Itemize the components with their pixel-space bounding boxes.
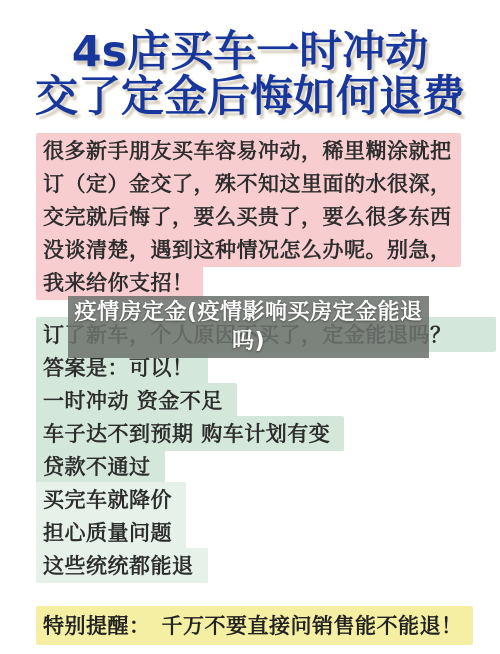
watermark-line-1: 疫情房定金(疫情影响买房定金能退	[68, 298, 429, 327]
poster-page: 4s店买车一时冲动 交了定金后悔如何退费 很多新手朋友买车容易冲动，稀里糊涂就把…	[0, 0, 500, 654]
intro-line-text: 订（定）金交了，殊不知这里面的水很深，	[36, 166, 461, 201]
qa-line: 车子达不到预期 购车计划有变	[36, 416, 490, 449]
qa-line-text: 担心质量问题	[36, 515, 186, 550]
footer-reminder-text: 特别提醒： 千万不要直接问销售能不能退！	[36, 606, 473, 645]
qa-line-text: 贷款不通过	[36, 449, 165, 484]
intro-line-text: 没谈清楚，遇到这种情况怎么办呢。别急，	[36, 232, 461, 267]
intro-line: 很多新手朋友买车容易冲动，稀里糊涂就把	[36, 133, 480, 166]
page-title: 4s店买车一时冲动 交了定金后悔如何退费	[0, 30, 500, 120]
qa-line: 买完车就降价	[36, 482, 490, 515]
qa-line-text: 一时冲动 资金不足	[36, 383, 237, 418]
qa-line: 一时冲动 资金不足	[36, 383, 490, 416]
intro-line: 没谈清楚，遇到这种情况怎么办呢。别急，	[36, 232, 480, 265]
intro-line-text: 很多新手朋友买车容易冲动，稀里糊涂就把	[36, 133, 461, 168]
qa-line-text: 这些统统都能退	[36, 548, 208, 583]
intro-paragraph: 很多新手朋友买车容易冲动，稀里糊涂就把 订（定）金交了，殊不知这里面的水很深， …	[36, 133, 480, 298]
watermark-line-2: 吗)	[68, 327, 429, 356]
qa-line-text: 买完车就降价	[36, 482, 186, 517]
title-line-1: 4s店买车一时冲动	[0, 30, 500, 75]
intro-line-text: 我来给你支招！	[36, 265, 203, 300]
qa-line-text: 车子达不到预期 购车计划有变	[36, 416, 344, 451]
title-line-2: 交了定金后悔如何退费	[0, 75, 500, 120]
footer-reminder: 特别提醒： 千万不要直接问销售能不能退！	[36, 606, 473, 645]
qa-line: 这些统统都能退	[36, 548, 490, 581]
qa-line: 贷款不通过	[36, 449, 490, 482]
intro-line: 订（定）金交了，殊不知这里面的水很深，	[36, 166, 480, 199]
qa-line: 担心质量问题	[36, 515, 490, 548]
intro-line-text: 交完就后悔了，要么买贵了，要么很多东西	[36, 199, 461, 234]
intro-line: 我来给你支招！	[36, 265, 480, 298]
watermark-overlay: 疫情房定金(疫情影响买房定金能退 吗)	[68, 296, 429, 358]
intro-line: 交完就后悔了，要么买贵了，要么很多东西	[36, 199, 480, 232]
